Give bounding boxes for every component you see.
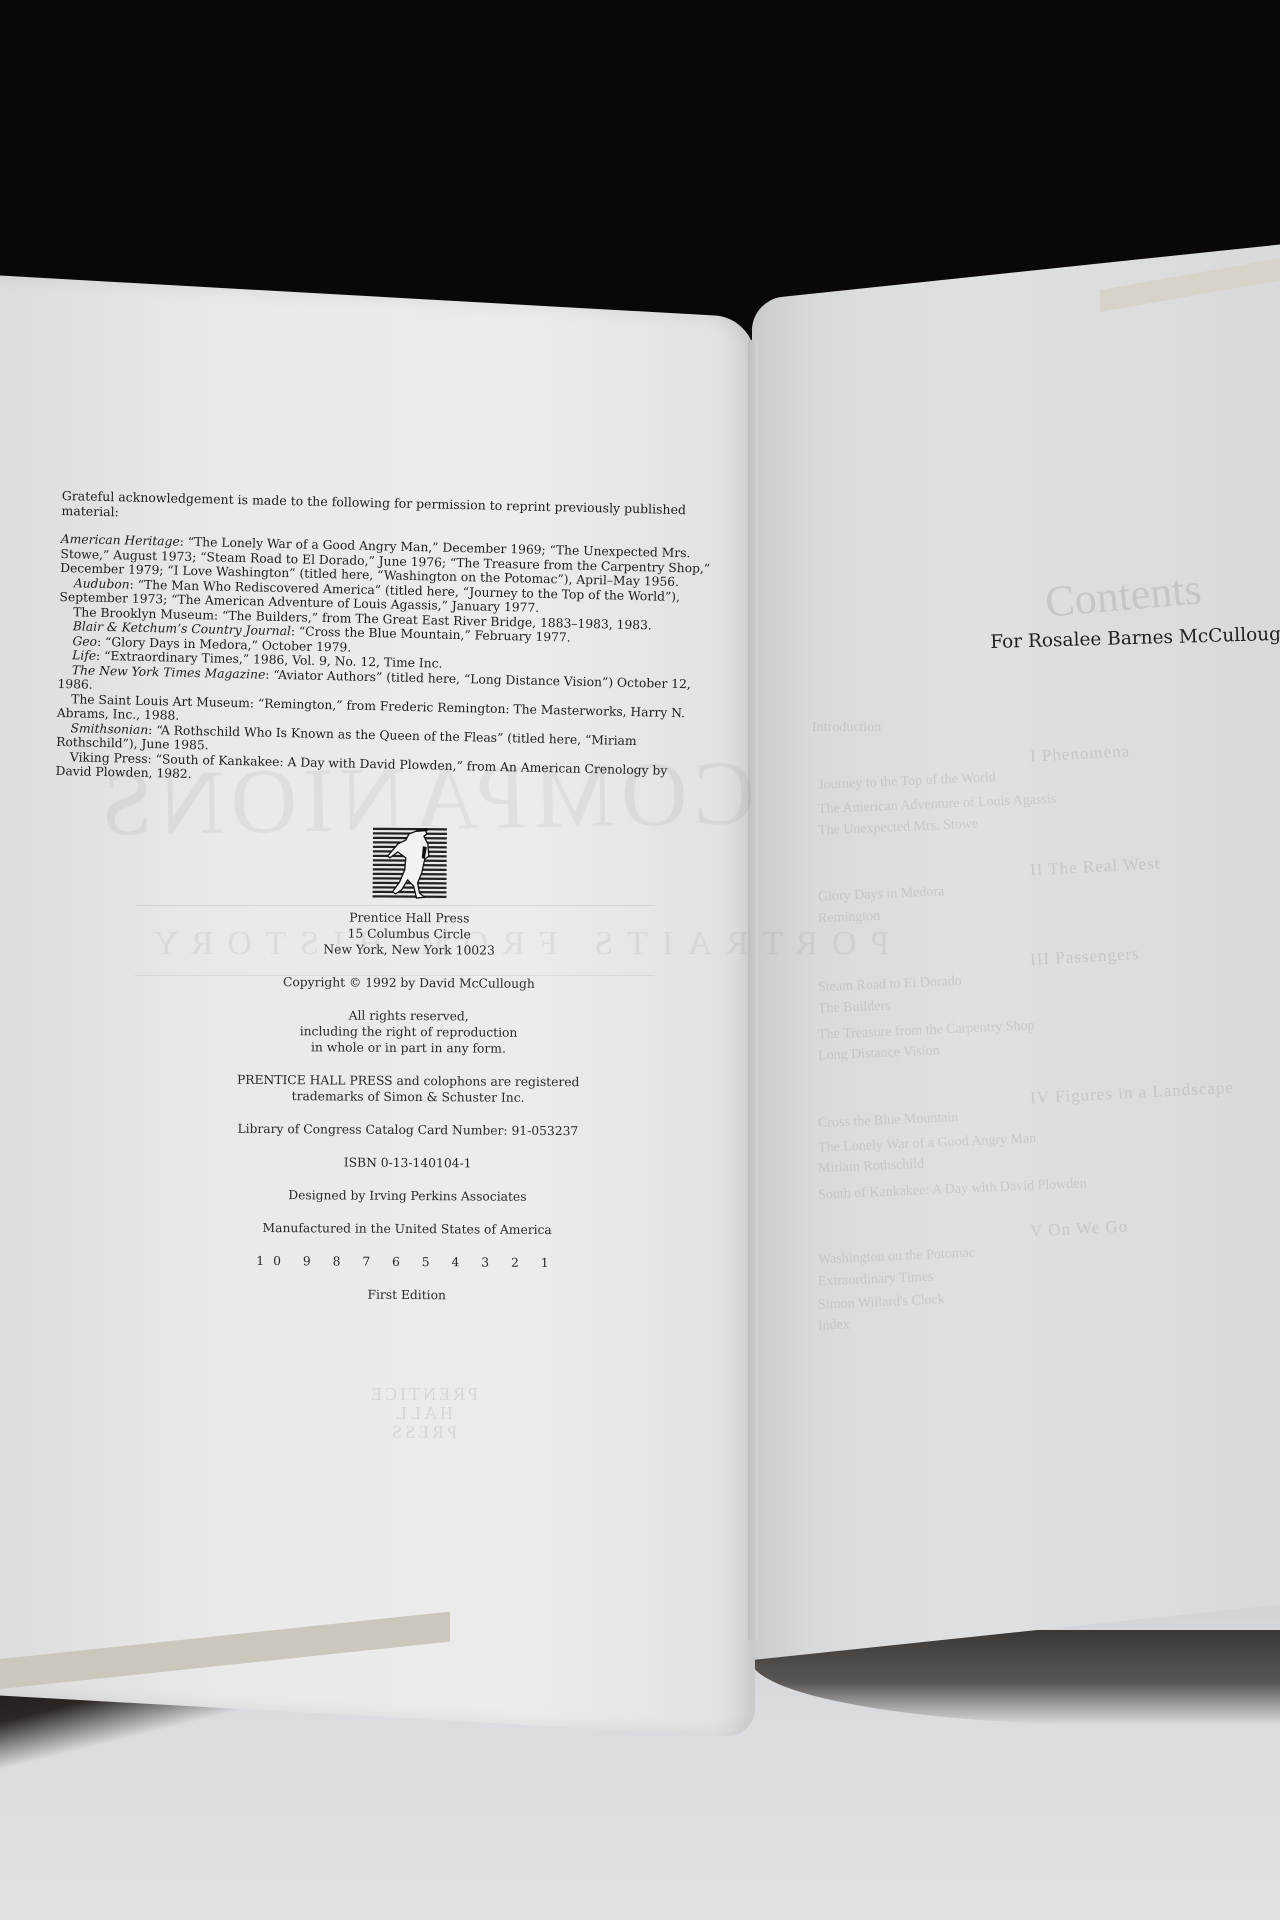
show-through-press-mark: PRENTICE HALL PRESS xyxy=(368,1385,478,1442)
edition: First Edition xyxy=(207,1286,607,1305)
publisher-address-line2: New York, New York 10023 xyxy=(209,941,609,960)
acknowledgement-source: The New York Times Magazine xyxy=(72,663,266,681)
acknowledgement-list: American Heritage: “The Lonely War of a … xyxy=(55,532,710,793)
designer-credit: Designed by Irving Perkins Associates xyxy=(207,1187,607,1206)
printing-line: 10 9 8 7 6 5 4 3 2 1 xyxy=(207,1253,607,1272)
acknowledgements-section: Grateful acknowledgement is made to the … xyxy=(55,488,711,793)
publisher-logo-icon xyxy=(372,826,447,901)
show-through-contents-entry: Index xyxy=(818,1317,851,1334)
acknowledgement-source: Audubon xyxy=(74,576,130,591)
acknowledgement-source: Geo xyxy=(72,634,97,649)
publisher-address: Prentice Hall Press 15 Columbus Circle N… xyxy=(209,909,609,960)
trademark-notice: PRENTICE HALL PRESS and colophons are re… xyxy=(208,1072,608,1107)
isbn: ISBN 0-13-140104-1 xyxy=(208,1154,608,1173)
acknowledgement-source: Viking Press xyxy=(70,750,148,766)
show-through-contents-entry: Remington xyxy=(818,909,881,928)
acknowledgement-source: Smithsonian xyxy=(70,721,148,737)
show-through-contents-entry: The Builders xyxy=(818,998,891,1017)
copyright-notice: Copyright © 1992 by David McCullough xyxy=(209,974,609,993)
book-gutter xyxy=(748,340,758,1640)
manufactured-notice: Manufactured in the United States of Ame… xyxy=(207,1220,607,1239)
copyright-colophon: Prentice Hall Press 15 Columbus Circle N… xyxy=(207,825,610,1322)
show-through-contents-intro: Introduction xyxy=(812,720,881,736)
rights-notice: All rights reserved, including the right… xyxy=(208,1007,608,1058)
lccn: Library of Congress Catalog Card Number:… xyxy=(208,1121,608,1140)
acknowledgement-source: Life xyxy=(72,648,96,663)
